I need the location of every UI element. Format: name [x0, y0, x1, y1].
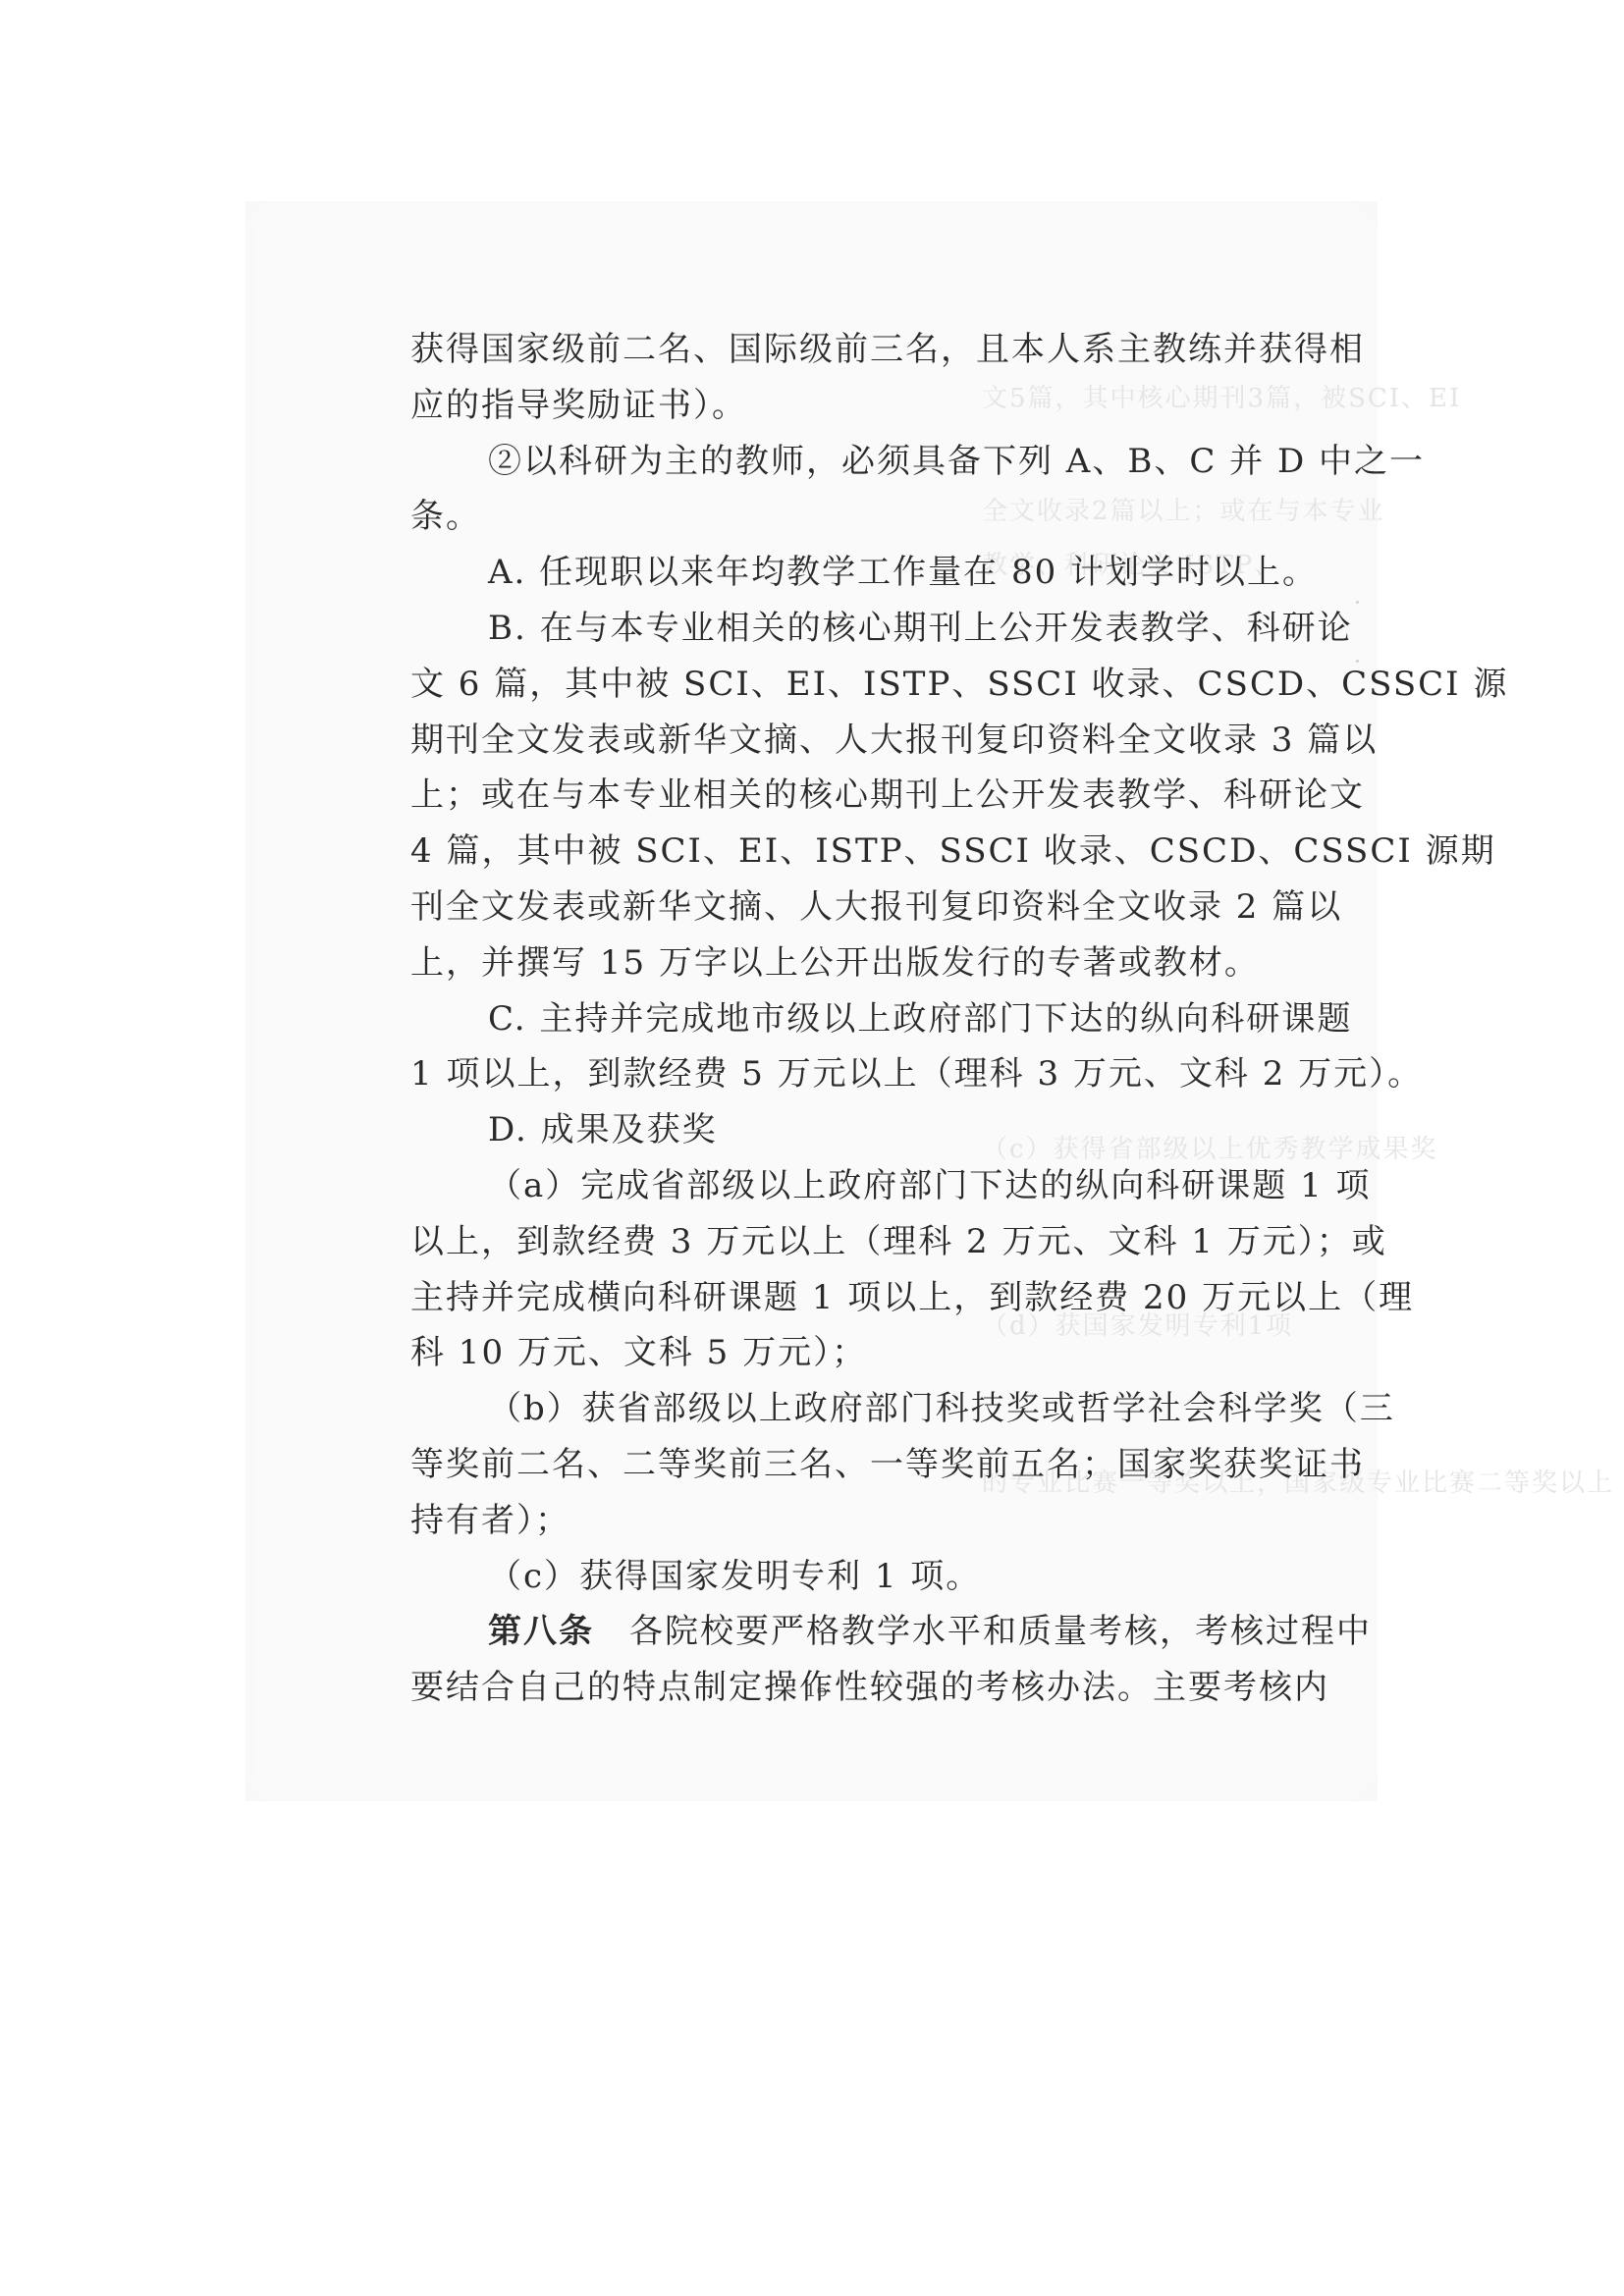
text-line: 期刊全文发表或新华文摘、人大报刊复印资料全文收录 3 篇以	[410, 713, 1227, 769]
article-text: 各院校要严格教学水平和质量考核，考核过程中	[629, 1612, 1372, 1651]
document-body: 获得国家级前二名、国际级前三名，且本人系主教练并获得相 应的指导奖励证书）。 ②…	[410, 322, 1227, 1716]
article-heading-line: 第八条各院校要严格教学水平和质量考核，考核过程中	[410, 1604, 1227, 1660]
text-line: 上，并撰写 15 万字以上公开出版发行的专著或教材。	[410, 935, 1227, 991]
text-line: 1 项以上，到款经费 5 万元以上（理科 3 万元、文科 2 万元）。	[410, 1046, 1227, 1102]
text-line: （b）获省部级以上政府部门科技奖或哲学社会科学奖（三	[410, 1381, 1227, 1437]
text-line: 持有者）；	[410, 1493, 1227, 1549]
scan-speck	[1356, 660, 1359, 663]
text-line: D. 成果及获奖	[410, 1102, 1227, 1158]
text-line: 以上，到款经费 3 万元以上（理科 2 万元、文科 1 万元）；或	[410, 1214, 1227, 1270]
text-line: 刊全文发表或新华文摘、人大报刊复印资料全文收录 2 篇以	[410, 880, 1227, 935]
text-line: C. 主持并完成地市级以上政府部门下达的纵向科研课题	[410, 991, 1227, 1047]
text-line: （a）完成省部级以上政府部门下达的纵向科研课题 1 项	[410, 1158, 1227, 1214]
text-line: 4 篇，其中被 SCI、EI、ISTP、SSCI 收录、CSCD、CSSCI 源…	[410, 824, 1227, 880]
text-line: 主持并完成横向科研课题 1 项以上，到款经费 20 万元以上（理	[410, 1270, 1227, 1326]
text-line: B. 在与本专业相关的核心期刊上公开发表教学、科研论	[410, 601, 1227, 657]
text-line: 上；或在与本专业相关的核心期刊上公开发表教学、科研论文	[410, 768, 1227, 824]
page-number: 16	[805, 1681, 828, 1701]
text-line: 获得国家级前二名、国际级前三名，且本人系主教练并获得相	[410, 322, 1227, 378]
text-line: 应的指导奖励证书）。	[410, 378, 1227, 434]
text-line: 文 6 篇，其中被 SCI、EI、ISTP、SSCI 收录、CSCD、CSSCI…	[410, 657, 1227, 713]
article-label: 第八条	[488, 1612, 594, 1651]
text-line: 等奖前二名、二等奖前三名、一等奖前五名；国家奖获奖证书	[410, 1437, 1227, 1493]
scan-speck	[1356, 601, 1359, 604]
text-line: A. 任现职以来年均教学工作量在 80 计划学时以上。	[410, 545, 1227, 601]
text-line: 条。	[410, 489, 1227, 545]
text-line: ②以科研为主的教师，必须具备下列 A、B、C 并 D 中之一	[410, 434, 1227, 490]
text-line: （c）获得国家发明专利 1 项。	[410, 1549, 1227, 1605]
text-line: 科 10 万元、文科 5 万元）；	[410, 1325, 1227, 1381]
